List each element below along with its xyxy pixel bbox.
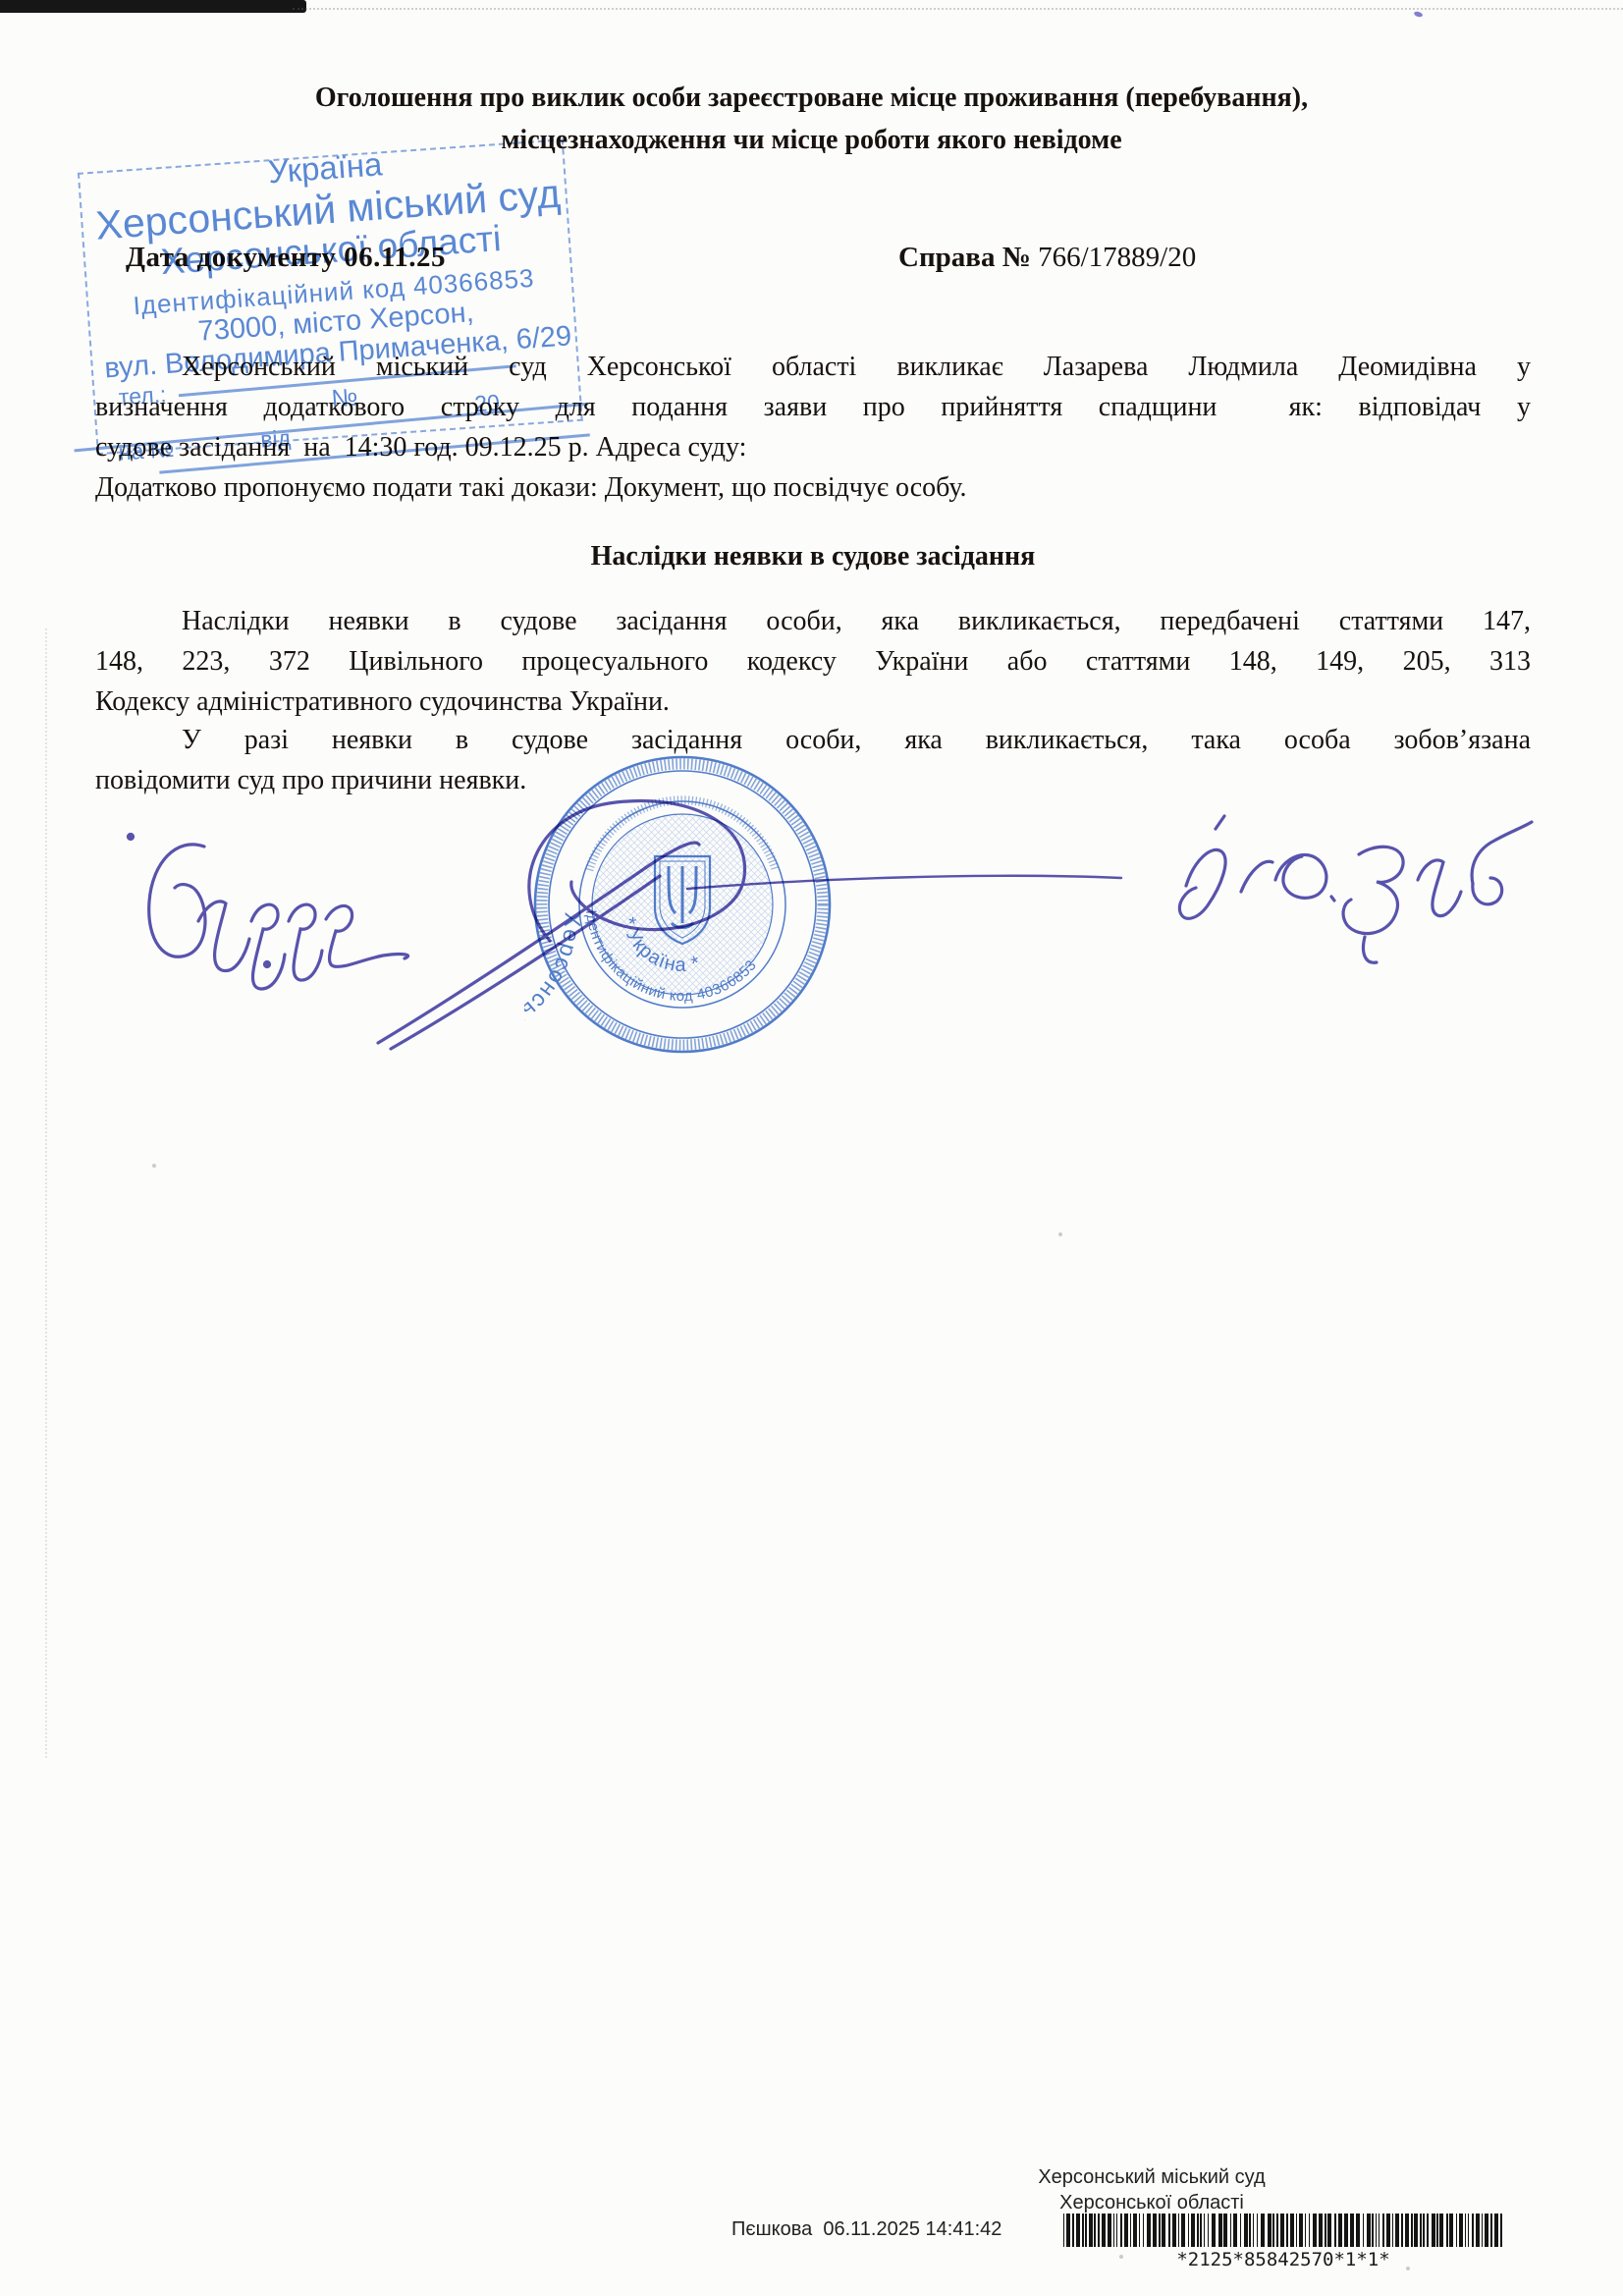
- case-number-line: Справа № 766/17889/20: [898, 242, 1196, 274]
- court-inbound-stamp: Україна Херсонський міський суд Херсонсь…: [69, 120, 600, 465]
- judge-signature-right: [1179, 816, 1532, 962]
- document-title-line1: Оголошення про виклик особи зареєстрован…: [0, 82, 1623, 114]
- body-line: Додатково пропонуємо подати такі докази:…: [95, 467, 1531, 508]
- stamp-number-sign: №: [331, 384, 359, 414]
- stamp-tel-label: тел.:: [118, 381, 167, 410]
- section-heading: Наслідки неявки в судове засідання: [95, 541, 1531, 573]
- footer-court-region: Херсонської області: [1004, 2192, 1299, 2214]
- scanned-court-document: Оголошення про виклик особи зареєстрован…: [0, 0, 1623, 2296]
- case-label: Справа №: [898, 242, 1031, 273]
- signatures-layer: [59, 795, 1551, 1110]
- barcode-label: *2125*85842570*1*1*: [994, 2249, 1573, 2270]
- scan-edge-band: [0, 0, 306, 13]
- judge-signature-center: [378, 800, 1121, 1049]
- scan-dotted-line: [293, 8, 1623, 10]
- paper-speck: [1058, 1232, 1062, 1236]
- paper-speck: [152, 1164, 156, 1168]
- body-line: Кодексу адміністративного судочинства Ук…: [95, 682, 1531, 722]
- footer-court-name: Херсонський міський суд: [1004, 2166, 1299, 2189]
- ink-speck: [1413, 11, 1423, 19]
- paragraph-consequences: Наслідки неявки в судове засідання особи…: [95, 601, 1531, 722]
- document-barcode: [994, 2214, 1573, 2247]
- body-line: Наслідки неявки в судове засідання особи…: [95, 601, 1531, 641]
- case-number: 766/17889/20: [1031, 242, 1196, 273]
- scan-left-artifact-line: [45, 629, 47, 1758]
- footer-clerk-timestamp: Пєшкова 06.11.2025 14:41:42: [731, 2218, 1001, 2241]
- judge-signature-left: [129, 835, 408, 990]
- body-line: 148, 223, 372 Цивільного процесуального …: [95, 641, 1531, 682]
